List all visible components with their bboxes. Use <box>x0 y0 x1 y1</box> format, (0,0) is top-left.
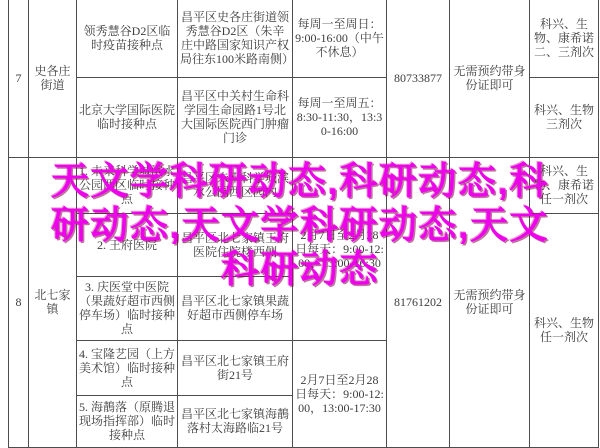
phone-number: 81761202 <box>387 157 450 447</box>
site-address: 昌平区北七家镇王府医院住院楼西侧 <box>178 213 293 276</box>
vaccine-types: 科兴、生物三剂次 <box>530 77 599 157</box>
document-sheet: 7 史各庄街道 领秀慧谷D2区临时疫苗接种点 昌平区史各庄街道领秀慧谷D2区（朱… <box>0 0 600 448</box>
site-address: 昌平区北七家镇果蔬好超市西侧停车场 <box>178 276 293 340</box>
site-name: 5. 海鶄落（原腾退现场指挥部）临时接种点 <box>77 395 178 447</box>
site-address: 昌平区北七家镇海鶄落村太海路临21号 <box>178 395 293 447</box>
site-name: 4. 宝隆艺园（上方美术馆）临时接种点 <box>77 340 178 395</box>
site-name: 领秀慧谷D2区临时疫苗接种点 <box>77 0 178 77</box>
vaccine-types: 科兴、生物任一剂次 <box>530 213 599 447</box>
row-index: 8 <box>9 157 29 447</box>
site-address: 昌平区中关村生命科学园生命园路1号北大国际医院西门肿瘤门诊 <box>178 77 293 157</box>
site-name: 2. 王府医院 <box>77 213 178 276</box>
site-hours: 每周一至周五：8:30-11:30，13:30-16:00 <box>293 77 387 157</box>
site-hours: 每周一至周日：9:00-16:00（中午不休息） <box>293 0 387 77</box>
town-name: 史各庄街道 <box>29 0 77 157</box>
table-row: 7 史各庄街道 领秀慧谷D2区临时疫苗接种点 昌平区史各庄街道领秀慧谷D2区（朱… <box>9 0 599 77</box>
table-row: 8 北七家镇 1. 未来科学城滨水公园西区临时接种点 昌平区未来科学城滨水公园西… <box>9 157 599 213</box>
vaccine-types: 科兴、生物、康希诺任一剂次 <box>530 157 599 213</box>
vaccination-sites-table: 7 史各庄街道 领秀慧谷D2区临时疫苗接种点 昌平区史各庄街道领秀慧谷D2区（朱… <box>8 0 599 448</box>
phone-number: 80733877 <box>387 0 450 157</box>
appointment-note: 无需预约带身份证即可 <box>450 157 530 447</box>
site-address: 昌平区北七家镇王府街21号 <box>178 340 293 395</box>
site-address: 昌平区史各庄街道领秀慧谷D2区（朱辛庄中路国家知识产权局往东100米路南侧） <box>178 0 293 77</box>
site-address: 昌平区未来科学城滨水公园西区园内 <box>178 157 293 213</box>
row-index: 7 <box>9 0 29 157</box>
appointment-note: 无需预约带身份证即可 <box>450 0 530 157</box>
vaccine-types: 科兴、生物、康希诺二、三剂次 <box>530 0 599 77</box>
town-name: 北七家镇 <box>29 157 77 447</box>
site-name: 北京大学国际医院临时接种点 <box>77 77 178 157</box>
site-hours: 2月7日至2月28日每天：9:00-12:00，13:00-17:30 <box>293 340 387 447</box>
site-name: 1. 未来科学城滨水公园西区临时接种点 <box>77 157 178 213</box>
site-name: 3. 庆医堂中医院（果蔬好超市西侧停车场）临时接种点 <box>77 276 178 340</box>
site-hours: 2月7日至2月28日每天：9:00-12:00，13:00-16:30 <box>293 157 387 340</box>
